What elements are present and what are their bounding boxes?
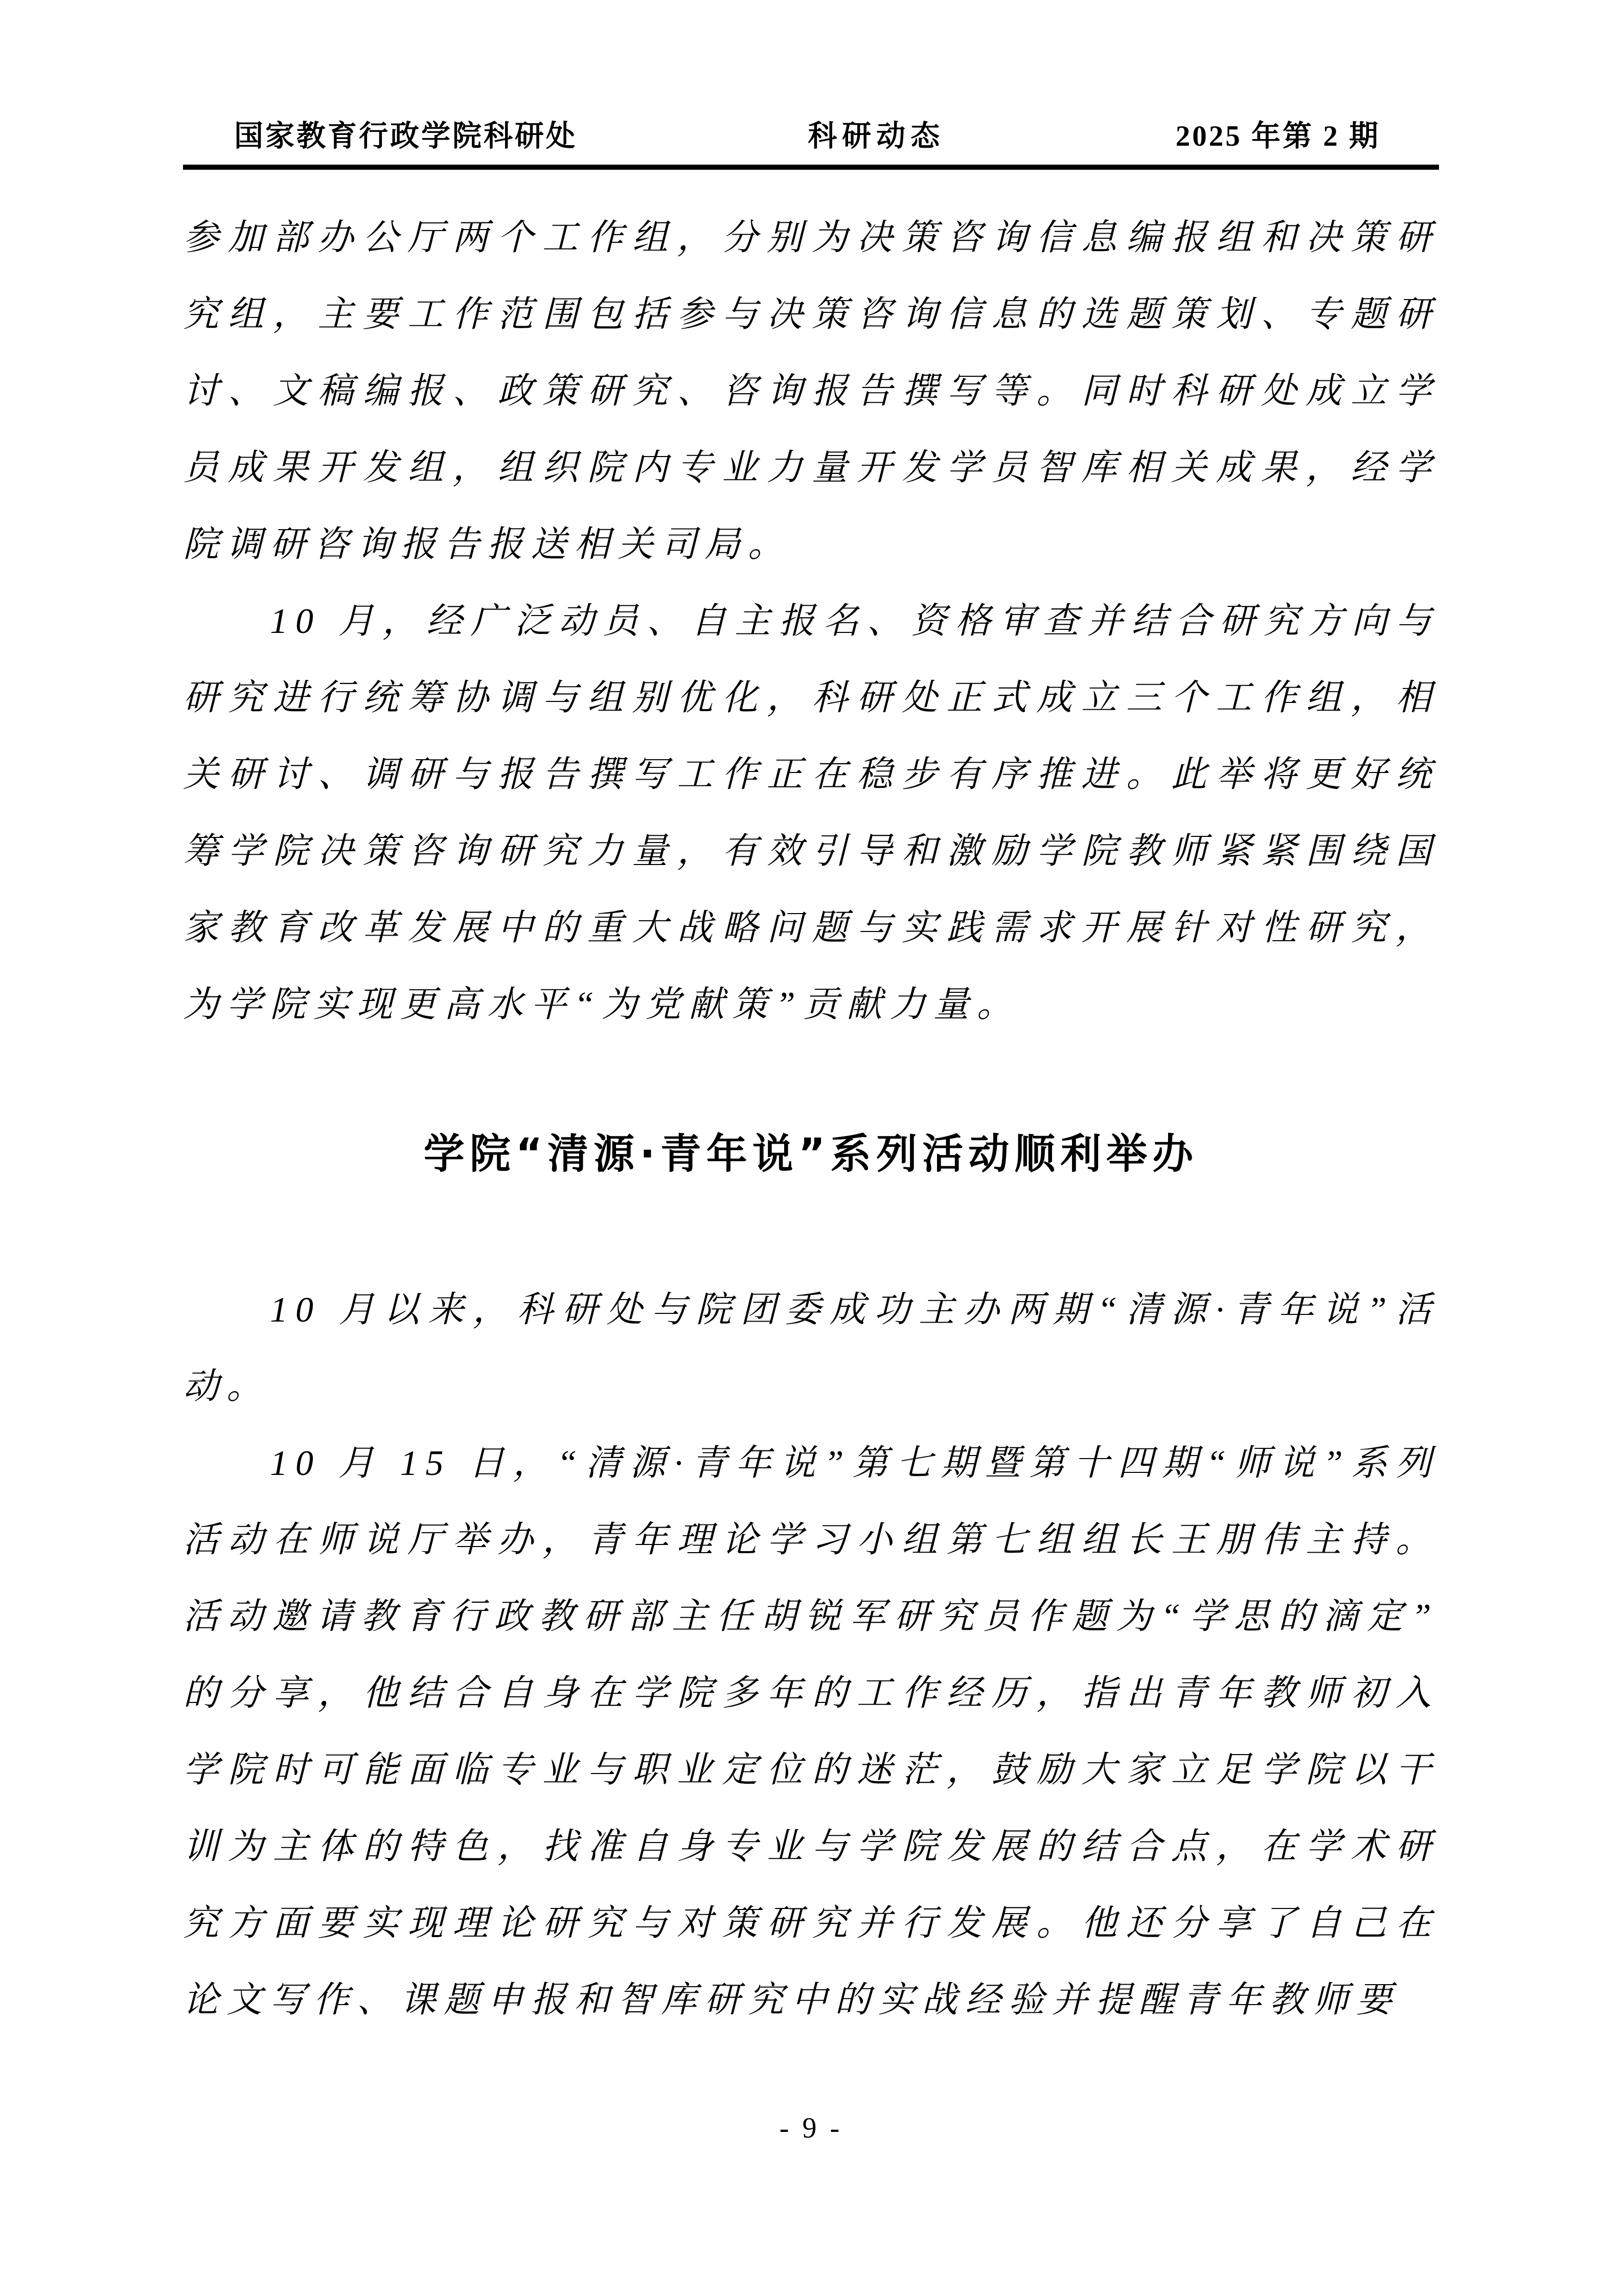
page-header: 国家教育行政学院科研处 科研动态 2025 年第 2 期	[183, 117, 1439, 170]
header-publication-title: 科研动态	[808, 117, 945, 156]
body-paragraph: 10 月，经广泛动员、自主报名、资格审查并结合研究方向与研究进行统筹协调与组别优…	[183, 583, 1439, 1043]
body-paragraph: 10 月以来，科研处与院团委成功主办两期“清源·青年说”活动。	[183, 1272, 1439, 1425]
article-title: 学院“清源·青年说”系列活动顺利举办	[183, 1120, 1439, 1188]
header-org-name: 国家教育行政学院科研处	[234, 117, 577, 156]
document-page: { "header": { "left": "国家教育行政学院科研处", "ce…	[0, 0, 1622, 2296]
page-number: - 9 -	[780, 2112, 842, 2144]
page-body: 参加部办公厅两个工作组，分别为决策咨询信息编报组和决策研究组，主要工作范围包括参…	[183, 200, 1439, 2039]
page-footer: - 9 -	[0, 2110, 1622, 2146]
body-paragraph: 参加部办公厅两个工作组，分别为决策咨询信息编报组和决策研究组，主要工作范围包括参…	[183, 200, 1439, 583]
body-paragraph: 10 月 15 日，“清源·青年说”第七期暨第十四期“师说”系列活动在师说厅举办…	[183, 1425, 1439, 2039]
header-issue-number: 2025 年第 2 期	[1176, 117, 1380, 156]
